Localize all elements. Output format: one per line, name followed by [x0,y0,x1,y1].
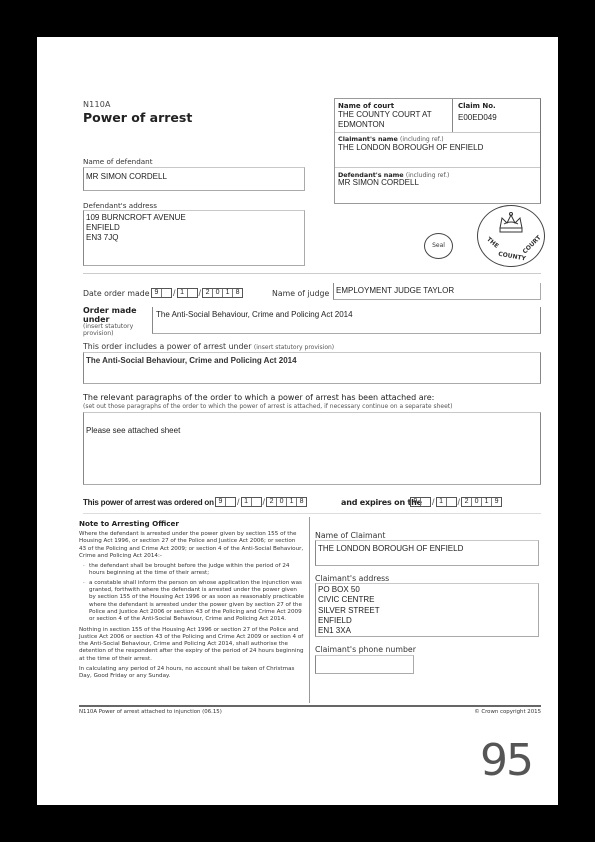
ordered-on-label: This power of arrest was ordered on [83,498,214,507]
power-of-arrest-under-field[interactable]: The Anti-Social Behaviour, Crime and Pol… [83,352,541,384]
claim-number-label: Claim No. [458,102,496,110]
claimant-name-label: Claimant's name (including ref.) [338,135,444,143]
svg-text:THE: THE [485,236,500,250]
date-separator: / [432,497,435,507]
date-separator: / [458,497,461,507]
date-month[interactable]: 1 [436,497,457,507]
divider [83,273,541,274]
digit: 1 [482,498,492,506]
date-month[interactable]: 1 [177,288,198,298]
note-intro: Where the defendant is arrested under th… [79,531,304,560]
relevant-paragraphs-field[interactable]: Please see attached sheet [83,412,541,485]
note-body: Where the defendant is arrested under th… [79,531,304,681]
claimant-phone-label: Claimant's phone number [315,645,416,654]
order-made-under-value: The Anti-Social Behaviour, Crime and Pol… [156,310,537,320]
form-code: N110A [83,100,111,109]
digit: 1 [242,498,252,506]
column-divider [309,517,310,703]
digit: 8 [297,498,306,506]
date-separator: / [237,497,240,507]
digit: 9 [411,498,421,506]
digit: 1 [437,498,447,506]
court-name-label: Name of court [338,102,394,110]
footer-form-ref: N110A Power of arrest attached to injunc… [79,709,222,715]
digit [162,289,171,297]
digit: 1 [178,289,188,297]
digit: 2 [203,289,213,297]
digit: 8 [233,289,242,297]
note-bullet: a constable shall inform the person on w… [89,580,304,624]
svg-text:COURT: COURT [521,234,543,256]
judge-name-label: Name of judge [272,289,329,298]
digit: 9 [216,498,226,506]
order-made-under-field[interactable]: The Anti-Social Behaviour, Crime and Pol… [152,307,541,334]
court-name-value[interactable]: THE COUNTY COURT AT EDMONTON [338,110,432,130]
court-claim-divider [452,99,453,132]
form-page: N110A Power of arrest Name of defendant … [37,37,558,805]
digit [447,498,456,506]
note-to-arresting-officer: Note to Arresting Officer Where the defe… [79,519,304,684]
date-day[interactable]: 9 [151,288,172,298]
claimant-name-value: THE LONDON BOROUGH OF ENFIELD [318,544,536,554]
claim-number-value[interactable]: E00ED049 [458,113,497,123]
date-order-made-label: Date order made [83,289,150,298]
relevant-paragraphs-label: The relevant paragraphs of the order to … [83,393,434,402]
relevant-paragraphs-value: Please see attached sheet [86,426,538,436]
digit [421,498,430,506]
date-separator: / [199,288,202,298]
digit: 1 [223,289,233,297]
ordered-on-date-field[interactable]: 9 / 1 / 2018 [215,496,307,507]
judge-name-value: EMPLOYMENT JUDGE TAYLOR [336,286,538,296]
date-day[interactable]: 9 [410,497,431,507]
seal-placeholder: Seal [424,233,453,259]
defendant-address-value: 109 BURNCROFT AVENUE ENFIELD EN3 7JQ [86,213,302,243]
relevant-paragraphs-note: (set out those paragraphs of the order t… [83,403,453,410]
order-made-under-label: Order made under [83,307,143,324]
claimant-name-value[interactable]: THE LONDON BOROUGH OF ENFIELD [338,143,483,153]
digit: 0 [472,498,482,506]
digit: 1 [287,498,297,506]
digit [188,289,197,297]
court-details-box: Name of court THE COUNTY COURT AT EDMONT… [334,98,541,204]
power-of-arrest-under-label: This order includes a power of arrest un… [83,342,334,351]
digit: 0 [277,498,287,506]
note-bullets: the defendant shall be brought before th… [79,563,304,623]
claimant-name-label-note: (including ref.) [400,136,444,143]
claimant-address-label: Claimant's address [315,574,389,583]
date-separator: / [263,497,266,507]
date-year[interactable]: 2018 [202,288,243,298]
claimant-name-label: Name of Claimant [315,531,385,540]
date-order-made-field[interactable]: 9 / 1 / 2018 [151,287,243,298]
note-paragraph: Nothing in section 155 of the Housing Ac… [79,627,304,663]
defendant-address-label: Defendant's address [83,201,157,210]
date-year[interactable]: 2018 [266,497,307,507]
claimant-address-value: PO BOX 50 CIVIC CENTRE SILVER STREET ENF… [318,585,536,636]
defendant-name-box-value[interactable]: MR SIMON CORDELL [338,178,419,188]
date-separator: / [173,288,176,298]
handwritten-page-number: 95 [480,735,532,786]
claimant-name-field[interactable]: THE LONDON BOROUGH OF ENFIELD [315,540,539,566]
defendant-name-field[interactable]: MR SIMON CORDELL [83,167,305,191]
power-of-arrest-under-label-text: This order includes a power of arrest un… [83,342,251,351]
claimant-phone-field[interactable] [315,655,414,674]
power-of-arrest-under-value: The Anti-Social Behaviour, Crime and Pol… [86,356,538,366]
note-paragraph: In calculating any period of 24 hours, n… [79,666,304,681]
order-made-under-note-text: (insert statutory provision) [83,323,143,337]
date-month[interactable]: 1 [241,497,262,507]
defendant-name-label: Name of defendant [83,157,153,166]
form-title: Power of arrest [83,110,192,125]
divider [335,167,540,168]
defendant-address-field[interactable]: 109 BURNCROFT AVENUE ENFIELD EN3 7JQ [83,210,305,266]
seal-label: Seal [425,234,452,258]
court-seal-stamp: THE COUNTY COURT [477,205,545,267]
digit: 9 [492,498,501,506]
digit: 2 [462,498,472,506]
digit [252,498,261,506]
power-of-arrest-under-note: (insert statutory provision) [254,344,334,351]
claimant-address-field[interactable]: PO BOX 50 CIVIC CENTRE SILVER STREET ENF… [315,583,539,637]
digit: 2 [267,498,277,506]
expires-on-date-field[interactable]: 9 / 1 / 2019 [410,496,502,507]
footer-rule [79,705,541,707]
judge-name-field[interactable]: EMPLOYMENT JUDGE TAYLOR [333,283,541,300]
date-year[interactable]: 2019 [461,497,502,507]
divider [83,513,541,514]
crown-icon: THE COUNTY COURT [478,206,544,266]
digit: 0 [213,289,223,297]
claimant-name-label-text: Claimant's name [338,135,398,143]
date-day[interactable]: 9 [215,497,236,507]
digit [226,498,235,506]
defendant-name-value: MR SIMON CORDELL [86,172,302,182]
divider [335,132,540,133]
footer-copyright: © Crown copyright 2015 [474,709,541,715]
note-title: Note to Arresting Officer [79,519,304,528]
digit: 9 [152,289,162,297]
note-bullet: the defendant shall be brought before th… [89,563,304,578]
